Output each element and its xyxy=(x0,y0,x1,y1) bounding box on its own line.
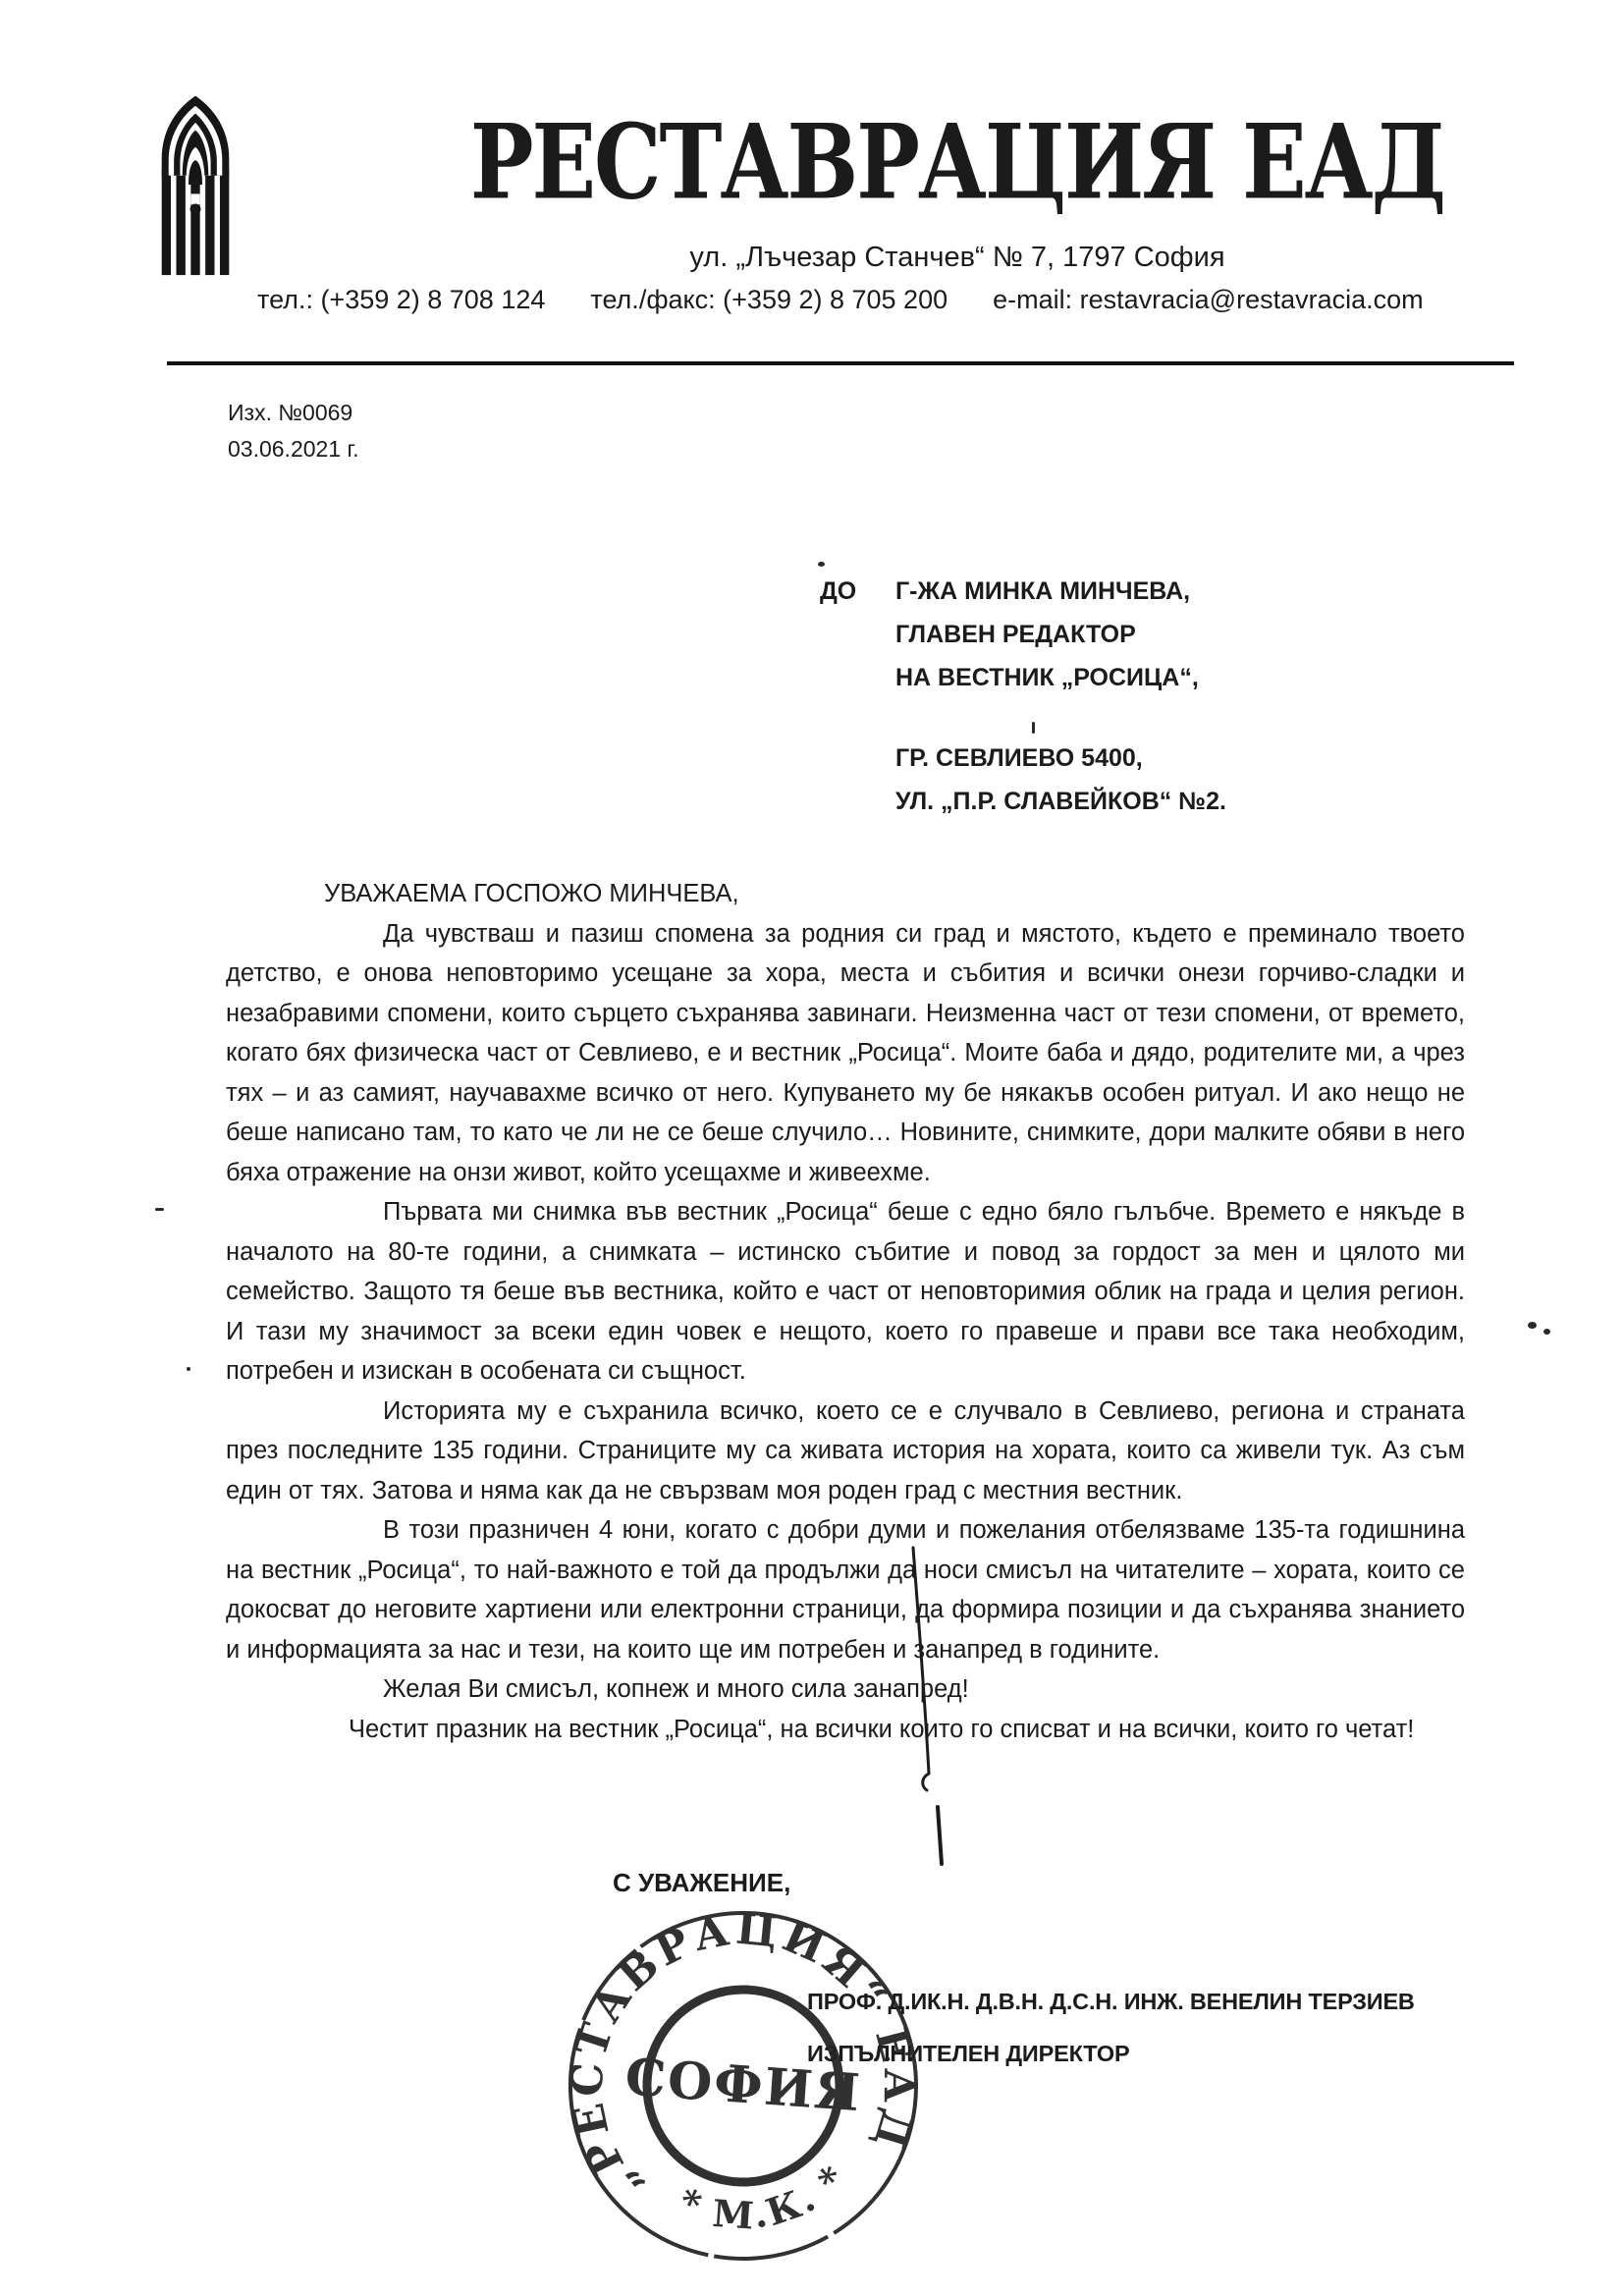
paragraph: Да чувстваш и пазиш спомена за родния си… xyxy=(226,914,1465,1193)
company-stamp: „РЕСТАВРАЦИЯ“ ЕАД * М.К. * СОФИЯ xyxy=(557,1899,930,2272)
scan-speck xyxy=(155,1208,164,1211)
recipient-block: ДО Г-ЖА МИНКА МИНЧЕВА, ГЛАВЕН РЕДАКТОР Н… xyxy=(820,570,1226,823)
church-arch-icon xyxy=(157,92,234,281)
to-label: ДО xyxy=(820,570,895,699)
company-phone-fax: тел./факс: (+359 2) 8 705 200 xyxy=(590,285,947,315)
company-email: e-mail: restavracia@restavracia.com xyxy=(993,285,1424,315)
company-address: ул. „Лъчезар Станчев“ № 7, 1797 София xyxy=(432,242,1483,274)
scan-speck xyxy=(818,562,825,567)
paragraph: Първата ми снимка във вестник „Росица“ б… xyxy=(226,1192,1465,1392)
letter-body: УВАЖАЕМА ГОСПОЖО МИНЧЕВА, Да чувстваш и … xyxy=(226,874,1465,1749)
company-contacts: тел.: (+359 2) 8 708 124 тел./факс: (+35… xyxy=(257,285,1494,315)
scan-speck xyxy=(1528,1322,1537,1329)
letter-date: 03.06.2021 г. xyxy=(228,431,358,467)
signature-closing: С УВАЖЕНИЕ, xyxy=(613,1868,790,1898)
stamp-center-text: СОФИЯ xyxy=(623,2048,864,2124)
recipient-street: УЛ. „П.Р. СЛАВЕЙКОВ“ №2. xyxy=(895,780,1226,823)
recipient-city: ГР. СЕВЛИЕВО 5400, xyxy=(895,737,1226,780)
congratulation-line: Честит празник на вестник „Росица“, на в… xyxy=(226,1710,1465,1750)
outgoing-number: Изх. №0069 xyxy=(228,395,358,431)
letterhead-divider xyxy=(167,361,1514,365)
wish-line: Желая Ви смисъл, копнеж и много сила зан… xyxy=(226,1669,1465,1710)
paragraph: В този празничен 4 юни, когато с добри д… xyxy=(226,1510,1465,1669)
recipient-name: Г-ЖА МИНКА МИНЧЕВА, xyxy=(895,570,1199,613)
company-phone: тел.: (+359 2) 8 708 124 xyxy=(257,285,545,315)
scanned-letter-page: РЕСТАВРАЦИЯ ЕАД ул. „Лъчезар Станчев“ № … xyxy=(0,0,1624,2296)
company-name: РЕСТАВРАЦИЯ ЕАД xyxy=(432,102,1483,223)
scan-speck xyxy=(1543,1329,1550,1335)
salutation: УВАЖАЕМА ГОСПОЖО МИНЧЕВА, xyxy=(324,874,1465,914)
scan-speck xyxy=(1032,722,1035,734)
scan-speck xyxy=(187,1367,190,1371)
recipient-role: ГЛАВЕН РЕДАКТОР xyxy=(895,613,1199,656)
paragraph: Историята му е съхранила всичко, което с… xyxy=(226,1392,1465,1511)
reference-block: Изх. №0069 03.06.2021 г. xyxy=(228,395,358,467)
recipient-organization: НА ВЕСТНИК „РОСИЦА“, xyxy=(895,656,1199,699)
